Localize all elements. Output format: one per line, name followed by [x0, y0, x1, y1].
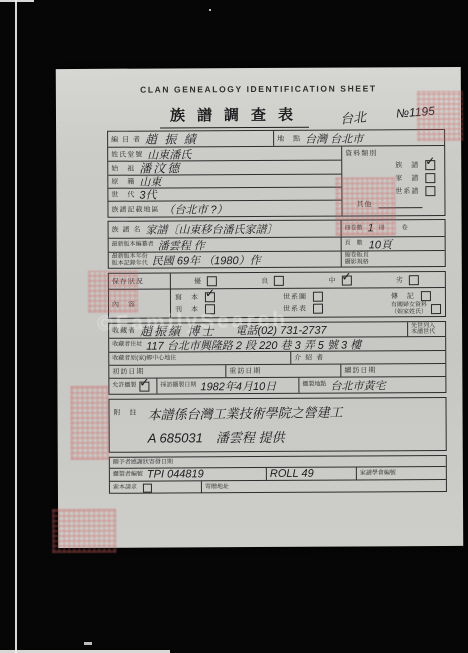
introducer-label: 介 紹 者 — [294, 353, 324, 363]
mail-address-label: 寄贈地址 — [205, 484, 229, 491]
gift-date-label: 贈予者感謝狀寄發日期 — [113, 459, 173, 466]
red-stamp-artifact — [70, 386, 108, 460]
generations-label: 世 代 — [111, 190, 135, 200]
section-note: 附 註 本譜係台灣工業技術學院之營建工 A 685031 潘雲程 提供 — [108, 397, 446, 453]
note-label: 附 註 — [114, 408, 138, 418]
red-stamp-artifact — [52, 509, 116, 553]
scanned-form-page: CLAN GENEALOGY IDENTIFICATION SHEET 族譜調查… — [56, 67, 464, 548]
red-stamp-artifact — [88, 271, 138, 313]
note-line-2: A 685031 潘雲程 提供 — [148, 427, 285, 447]
origin-label: 原 籍 — [111, 177, 135, 187]
film-spec-label: 縮卷版頁 攝影規格 — [345, 252, 369, 265]
material-option-label: 世系譜 — [395, 186, 419, 196]
third-visit-label: 續訪日期 — [344, 365, 376, 375]
filmer-number-value: TPI 044819 — [147, 468, 204, 480]
filmer-number-label: 攝製者編號 — [113, 471, 143, 478]
compiler-label: 編 目 者 — [111, 134, 141, 144]
condition-option: 優 — [194, 276, 217, 286]
content-chart-options: 世系圖 世系表 — [283, 291, 323, 316]
condition-option: 劣 — [396, 275, 419, 285]
latest-compiler-label: 最新版本編纂者 — [112, 242, 154, 249]
region-label: 族譜記載地區 — [111, 204, 159, 214]
home-address-label: 收藏者原(家)鄉中心地住 — [112, 355, 176, 362]
second-visit-label: 重訪日期 — [229, 366, 261, 376]
material-option-label: 家 譜 — [395, 173, 419, 183]
place-value: 台灣 台北市 — [305, 130, 363, 146]
content-extra-options: 傳 記 有關婦女資料 （娘家姓氏） — [391, 290, 441, 315]
genealogy-title-value: 家譜〔山東移台潘氏家譜〕 — [145, 221, 277, 238]
holder-address-value: 117 台北市興隆路 2 段 220 巷 3 弄 5 號 3 樓 — [146, 336, 361, 353]
condition-option: 良 — [261, 275, 284, 285]
copy-request-label: 索本請求 — [113, 484, 137, 491]
film-edge-top — [0, 0, 34, 2]
permission-label: 允許攝製 — [112, 383, 136, 390]
form-title-chinese: 族譜調查表 — [160, 104, 309, 129]
film-edge-left — [15, 0, 17, 653]
handwritten-region: 台北 — [339, 106, 367, 127]
film-date-value: 1982年4月10日 — [200, 377, 276, 393]
form-header-english: CLAN GENEALOGY IDENTIFICATION SHEET — [56, 83, 461, 95]
check-mark: ✓ — [139, 375, 149, 389]
region-value: （台北市 ?） — [163, 201, 227, 217]
film-date-label: 採訪攝製日期 — [160, 383, 196, 390]
material-option-checkbox — [425, 186, 435, 196]
copy-request-checkbox — [143, 483, 152, 492]
holder-side-label: 先世列入 本譜世代 — [411, 323, 435, 336]
latest-compiler-value: 潘雲程 作 — [158, 237, 205, 253]
red-stamp-artifact — [335, 177, 395, 235]
pages-label: 頁 數 — [345, 241, 363, 248]
red-stamp-artifact — [417, 91, 463, 141]
generations-value: 3代 — [139, 187, 156, 203]
progenitor-label: 始 祖 — [111, 163, 135, 173]
material-option-checkbox — [425, 173, 435, 183]
section-filming: 贈予者感謝狀寄發日期 攝製者編號 TPI 044819 ROLL 49 家譜學會… — [109, 455, 447, 494]
microfilm-scan: CLAN GENEALOGY IDENTIFICATION SHEET 族譜調查… — [0, 0, 468, 653]
roll-number-value: ROLL 49 — [270, 468, 314, 480]
holder-address-label: 收藏者住址 — [112, 342, 142, 349]
pages-value: 10頁 — [369, 236, 392, 252]
place-label: 地 點 — [277, 133, 301, 143]
note-line-1: 本譜係台灣工業技術學院之營建工 — [147, 402, 342, 424]
film-speck — [209, 9, 211, 11]
film-place-label: 攝製地點 — [302, 382, 326, 389]
condition-option: 中 ✓ — [328, 275, 351, 285]
edition-year-label: 最新版本年份 版本記錄年代 — [112, 254, 148, 267]
material-option-label: 族 譜 — [395, 160, 419, 170]
material-option-checkbox: ✓ — [425, 160, 435, 170]
volumes-unit: 卷 — [402, 225, 408, 232]
permission-checkbox: ✓ — [139, 381, 149, 391]
genealogy-title-label: 族 譜 名 — [112, 225, 142, 235]
clan-label: 姓氏堂號 — [111, 149, 143, 159]
material-category-label: 資料類別 — [345, 148, 377, 158]
film-speck — [84, 642, 92, 645]
edition-year-value: 民國 69年 （1980）作 — [152, 251, 261, 268]
film-place-value: 台北市黃宅 — [330, 377, 385, 393]
society-number-label: 家譜學會編號 — [360, 470, 396, 477]
check-mark: ✓ — [425, 154, 435, 168]
